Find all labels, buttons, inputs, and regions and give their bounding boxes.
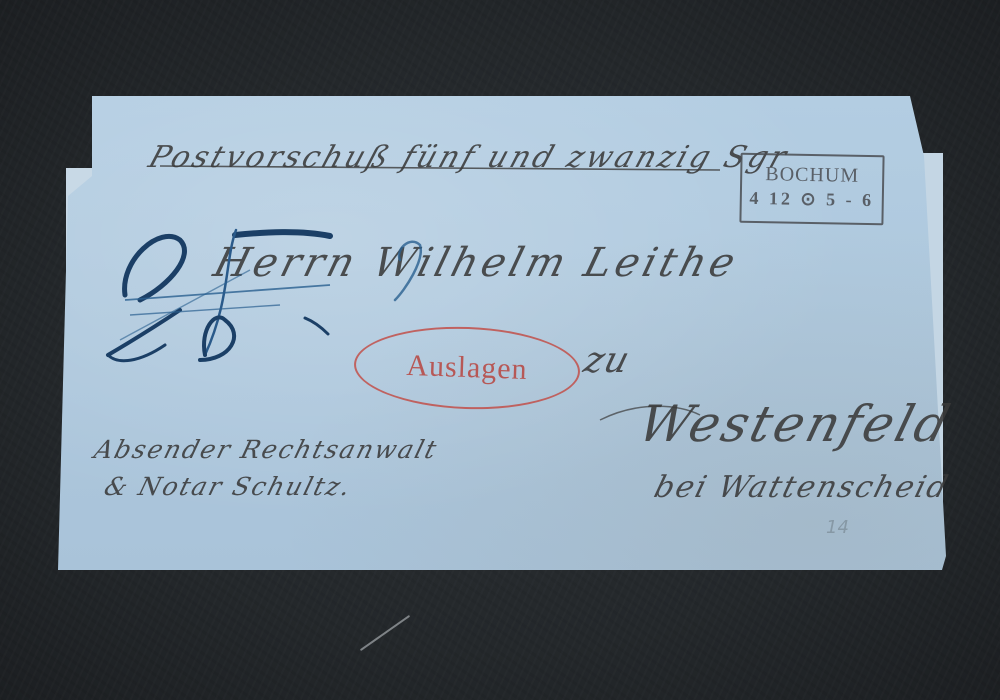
ink-strokes: [0, 0, 1000, 700]
